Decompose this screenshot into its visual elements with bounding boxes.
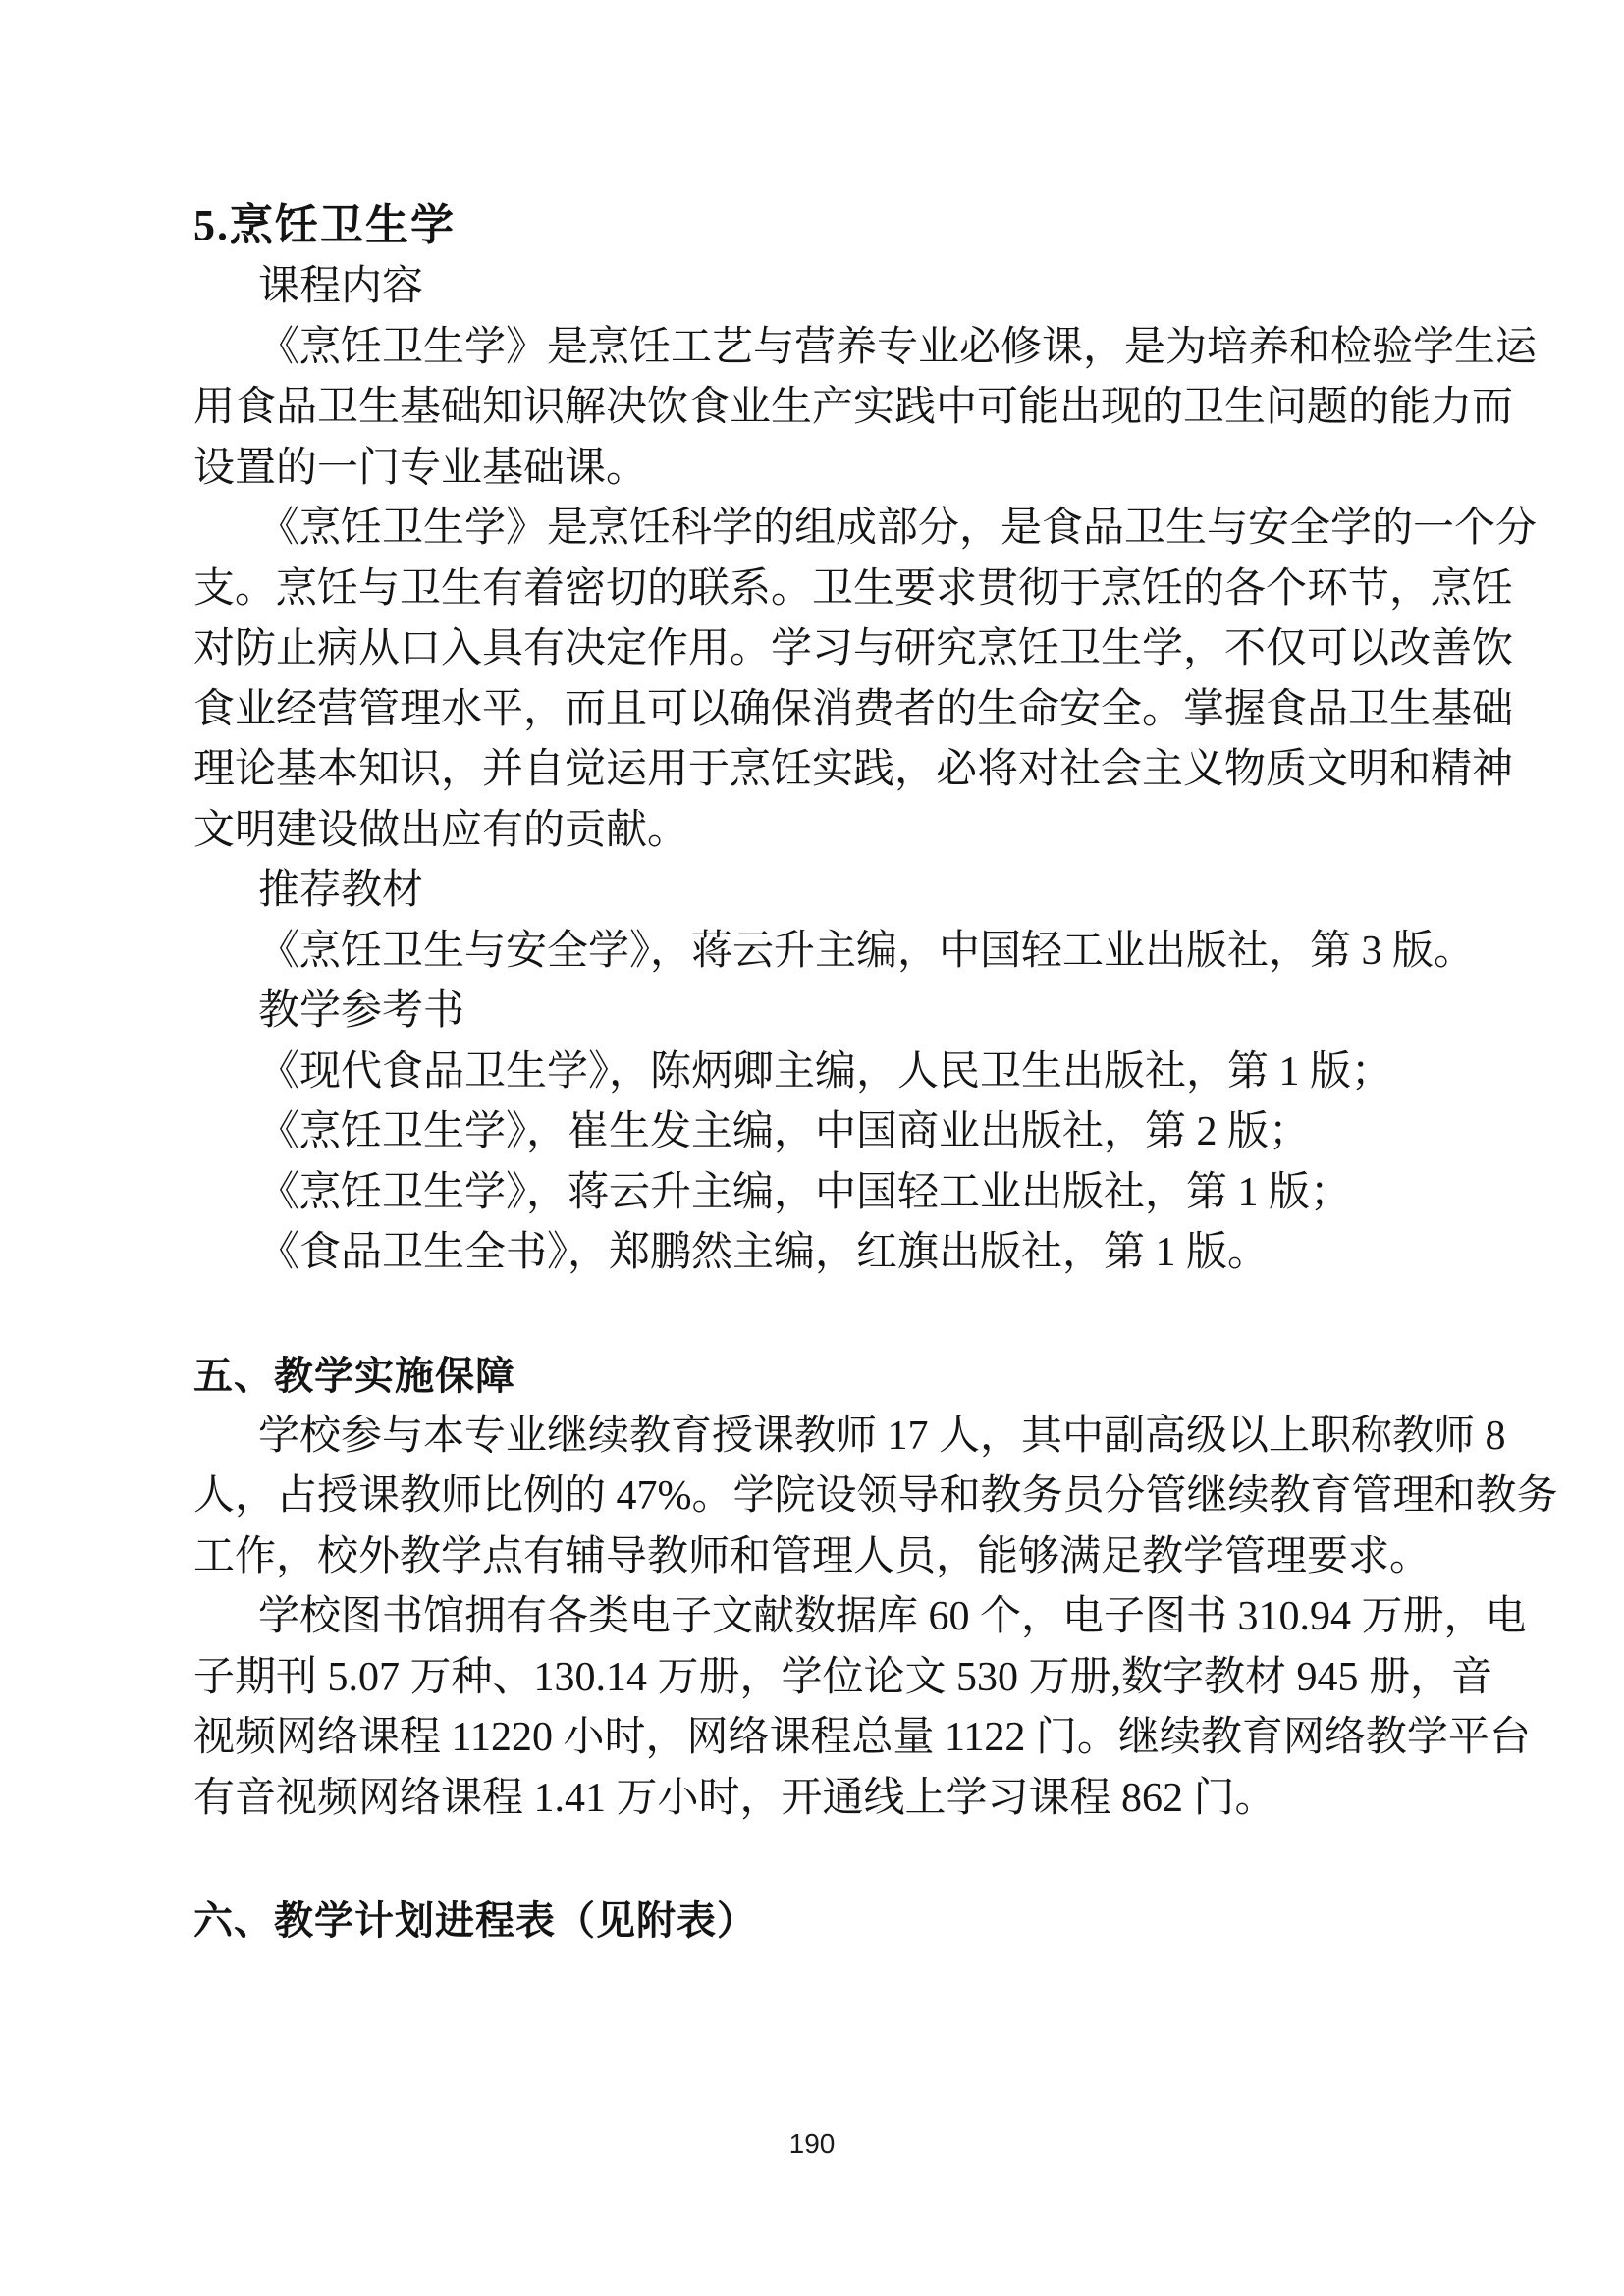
body-line: 文明建设做出应有的贡献。 — [193, 801, 1480, 862]
body-line: 设置的一门专业基础课。 — [193, 439, 1480, 500]
body-line: 《烹饪卫生学》，蒋云升主编，中国轻工业出版社，第 1 版； — [193, 1163, 1480, 1224]
page-number: 190 — [0, 2128, 1624, 2160]
body-line: 《现代食品卫生学》，陈炳卿主编，人民卫生出版社，第 1 版； — [193, 1042, 1480, 1103]
body-line: 教学参考书 — [193, 982, 1480, 1042]
body-line: 《烹饪卫生学》是烹饪工艺与营养专业必修课，是为培养和检验学生运 — [193, 318, 1480, 379]
body-line: 《烹饪卫生学》是烹饪科学的组成部分，是食品卫生与安全学的一个分 — [193, 499, 1480, 560]
body-line: 《烹饪卫生学》，崔生发主编，中国商业出版社，第 2 版； — [193, 1102, 1480, 1163]
body-line: 理论基本知识，并自觉运用于烹饪实践，必将对社会主义物质文明和精神 — [193, 740, 1480, 801]
document-page: 5.烹饪卫生学 课程内容 《烹饪卫生学》是烹饪工艺与营养专业必修课，是为培养和检… — [0, 0, 1624, 2296]
body-line: 子期刊 5.07 万种、130.14 万册，学位论文 530 万册,数字教材 9… — [193, 1648, 1480, 1709]
body-line: 工作，校外教学点有辅导教师和管理人员，能够满足教学管理要求。 — [193, 1527, 1480, 1588]
section-six-heading: 六、教学计划进程表（见附表） — [193, 1891, 1480, 1951]
body-line: 对防止病从口入具有决定作用。学习与研究烹饪卫生学，不仅可以改善饮 — [193, 619, 1480, 680]
body-line: 学校参与本专业继续教育授课教师 17 人，其中副高级以上职称教师 8 — [193, 1407, 1480, 1468]
body-line: 有音视频网络课程 1.41 万小时，开通线上学习课程 862 门。 — [193, 1769, 1480, 1830]
body-line: 人，占授课教师比例的 47%。学院设领导和教务员分管继续教育管理和教务 — [193, 1467, 1480, 1527]
body-line: 《食品卫生全书》，郑鹏然主编，红旗出版社，第 1 版。 — [193, 1223, 1480, 1284]
body-line: 推荐教材 — [193, 861, 1480, 922]
body-line: 《烹饪卫生与安全学》，蒋云升主编，中国轻工业出版社，第 3 版。 — [193, 922, 1480, 983]
page-content: 5.烹饪卫生学 课程内容 《烹饪卫生学》是烹饪工艺与营养专业必修课，是为培养和检… — [193, 194, 1480, 1951]
body-line: 学校图书馆拥有各类电子文献数据库 60 个，电子图书 310.94 万册，电 — [193, 1587, 1480, 1648]
body-line: 支。烹饪与卫生有着密切的联系。卫生要求贯彻于烹饪的各个环节，烹饪 — [193, 560, 1480, 620]
body-line: 课程内容 — [193, 257, 1480, 318]
section-five-heading: 五、教学实施保障 — [193, 1346, 1480, 1407]
body-line: 视频网络课程 11220 小时，网络课程总量 1122 门。继续教育网络教学平台 — [193, 1708, 1480, 1769]
body-line: 食业经营管理水平，而且可以确保消费者的生命安全。掌握食品卫生基础 — [193, 680, 1480, 741]
body-line: 用食品卫生基础知识解决饮食业生产实践中可能出现的卫生问题的能力而 — [193, 378, 1480, 439]
course-heading: 5.烹饪卫生学 — [193, 194, 1480, 257]
